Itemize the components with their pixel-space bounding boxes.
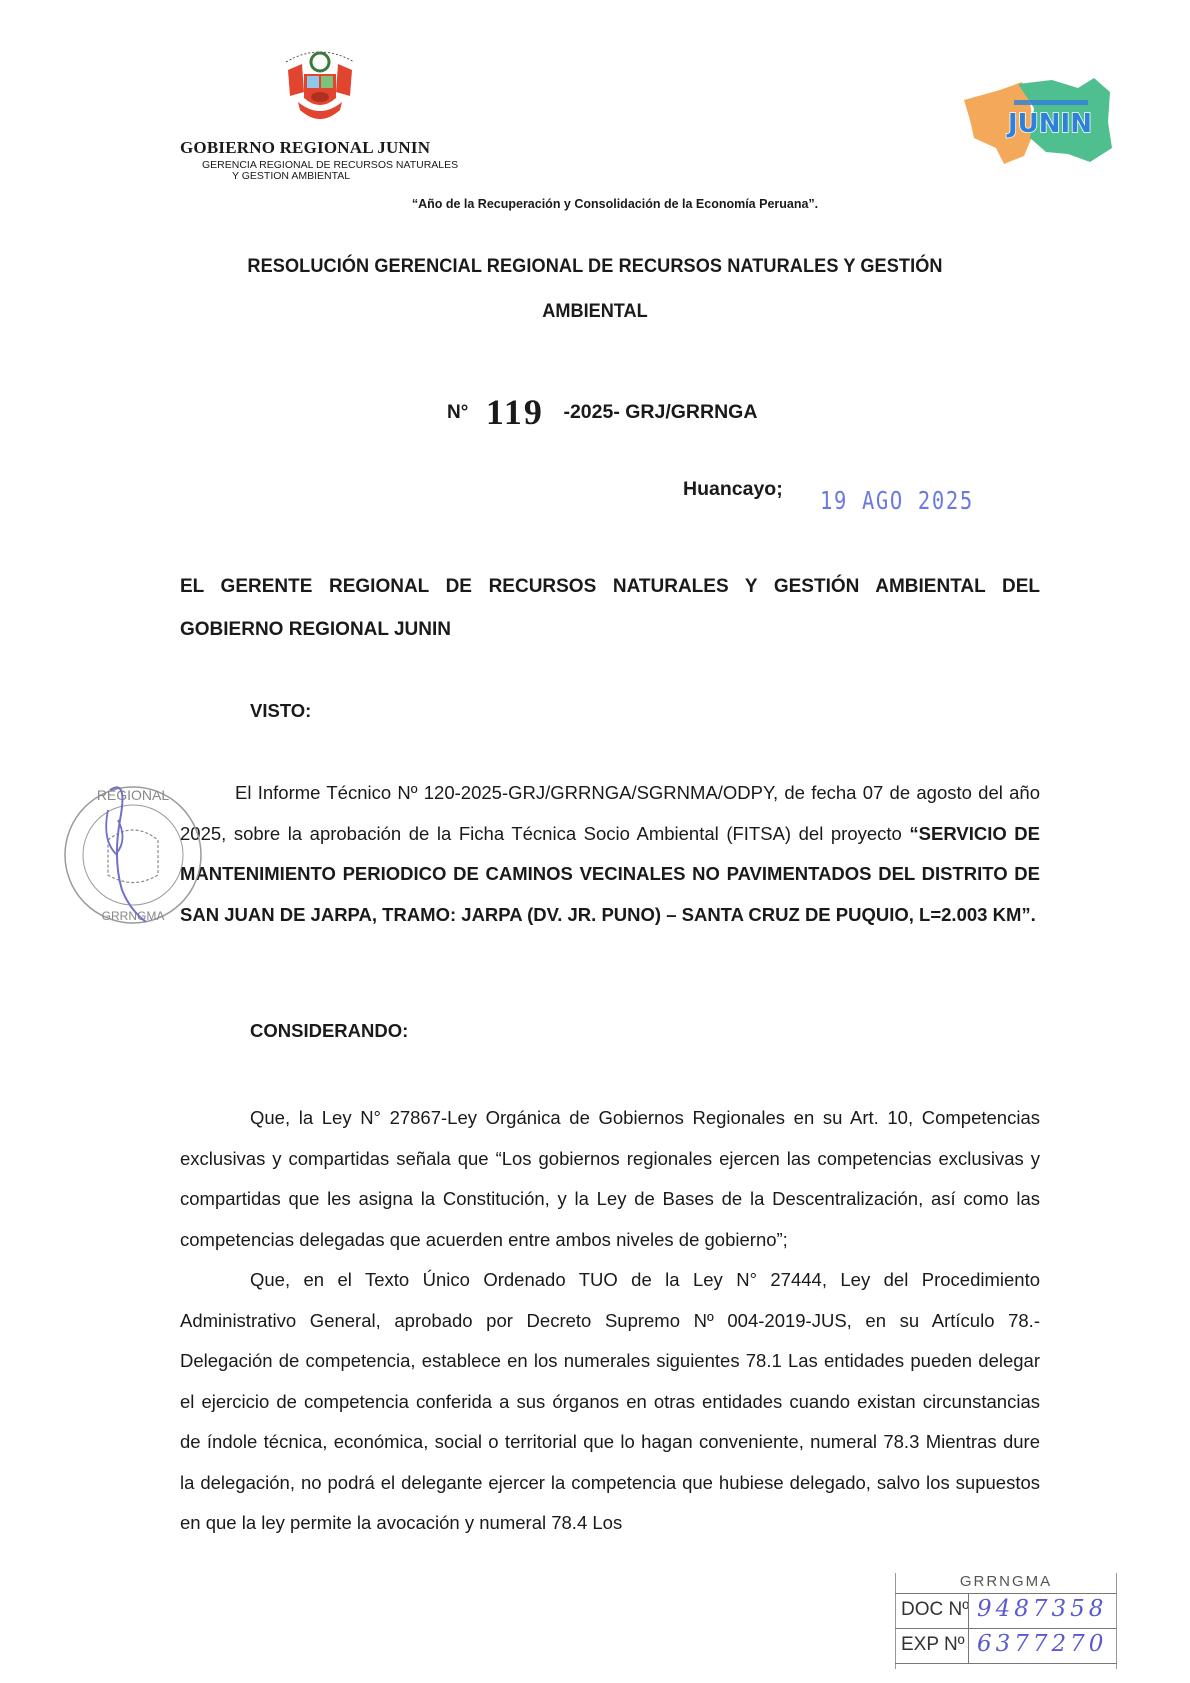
considerando-paragraph-2: Que, en el Texto Único Ordenado TUO de l… xyxy=(180,1260,1040,1544)
svg-text:REGIONAL: REGIONAL xyxy=(97,787,170,803)
visto-heading: VISTO: xyxy=(250,700,311,722)
junin-regional-logo-icon: JUNIN xyxy=(960,72,1120,172)
registry-stamp-header: GRRNGMA xyxy=(895,1573,1117,1594)
registry-doc-value: 9487358 xyxy=(977,1596,1107,1622)
resolution-title-line2: AMBIENTAL xyxy=(42,300,1149,323)
registry-doc-label: DOC Nº xyxy=(901,1599,969,1621)
grantor-line1: EL GERENTE REGIONAL DE RECURSOS NATURALE… xyxy=(180,565,1040,608)
considerando-heading: CONSIDERANDO: xyxy=(250,1020,408,1042)
official-seal-icon: REGIONAL GRRNGMA xyxy=(58,780,208,930)
organization-subtitle-line2: Y GESTION AMBIENTAL xyxy=(232,170,350,182)
resolution-number-suffix: -2025- GRJ/GRRNGA xyxy=(563,401,757,423)
organization-name: GOBIERNO REGIONAL JUNIN xyxy=(180,138,430,158)
resolution-title-line1: RESOLUCIÓN GERENCIAL REGIONAL DE RECURSO… xyxy=(42,255,1149,278)
place-label: Huancayo; xyxy=(683,478,783,501)
svg-text:GRRNGMA: GRRNGMA xyxy=(102,909,165,923)
year-motto: “Año de la Recuperación y Consolidación … xyxy=(0,197,1190,211)
coat-of-arms-icon xyxy=(280,40,360,130)
grantor-heading: EL GERENTE REGIONAL DE RECURSOS NATURALE… xyxy=(180,565,1040,651)
date-stamp: 19 AGO 2025 xyxy=(820,486,974,515)
resolution-number-value: 119 xyxy=(486,392,544,432)
registry-exp-label: EXP Nº xyxy=(901,1634,965,1656)
grantor-line2: GOBIERNO REGIONAL JUNIN xyxy=(180,619,451,640)
resolution-number-label: N° xyxy=(447,402,468,423)
registry-stamp: GRRNGMA DOC Nº 9487358 EXP Nº 6377270 xyxy=(895,1573,1117,1669)
visto-paragraph: El Informe Técnico Nº 120-2025-GRJ/GRRNG… xyxy=(180,773,1040,935)
resolution-number: N° 119 -2025- GRJ/GRRNGA xyxy=(447,385,757,427)
svg-text:JUNIN: JUNIN xyxy=(1006,109,1092,139)
registry-exp-value: 6377270 xyxy=(977,1631,1107,1657)
considerando-paragraph-1: Que, la Ley N° 27867-Ley Orgánica de Gob… xyxy=(180,1098,1040,1260)
registry-exp-row: EXP Nº 6377270 xyxy=(895,1629,1117,1664)
registry-doc-row: DOC Nº 9487358 xyxy=(895,1594,1117,1629)
